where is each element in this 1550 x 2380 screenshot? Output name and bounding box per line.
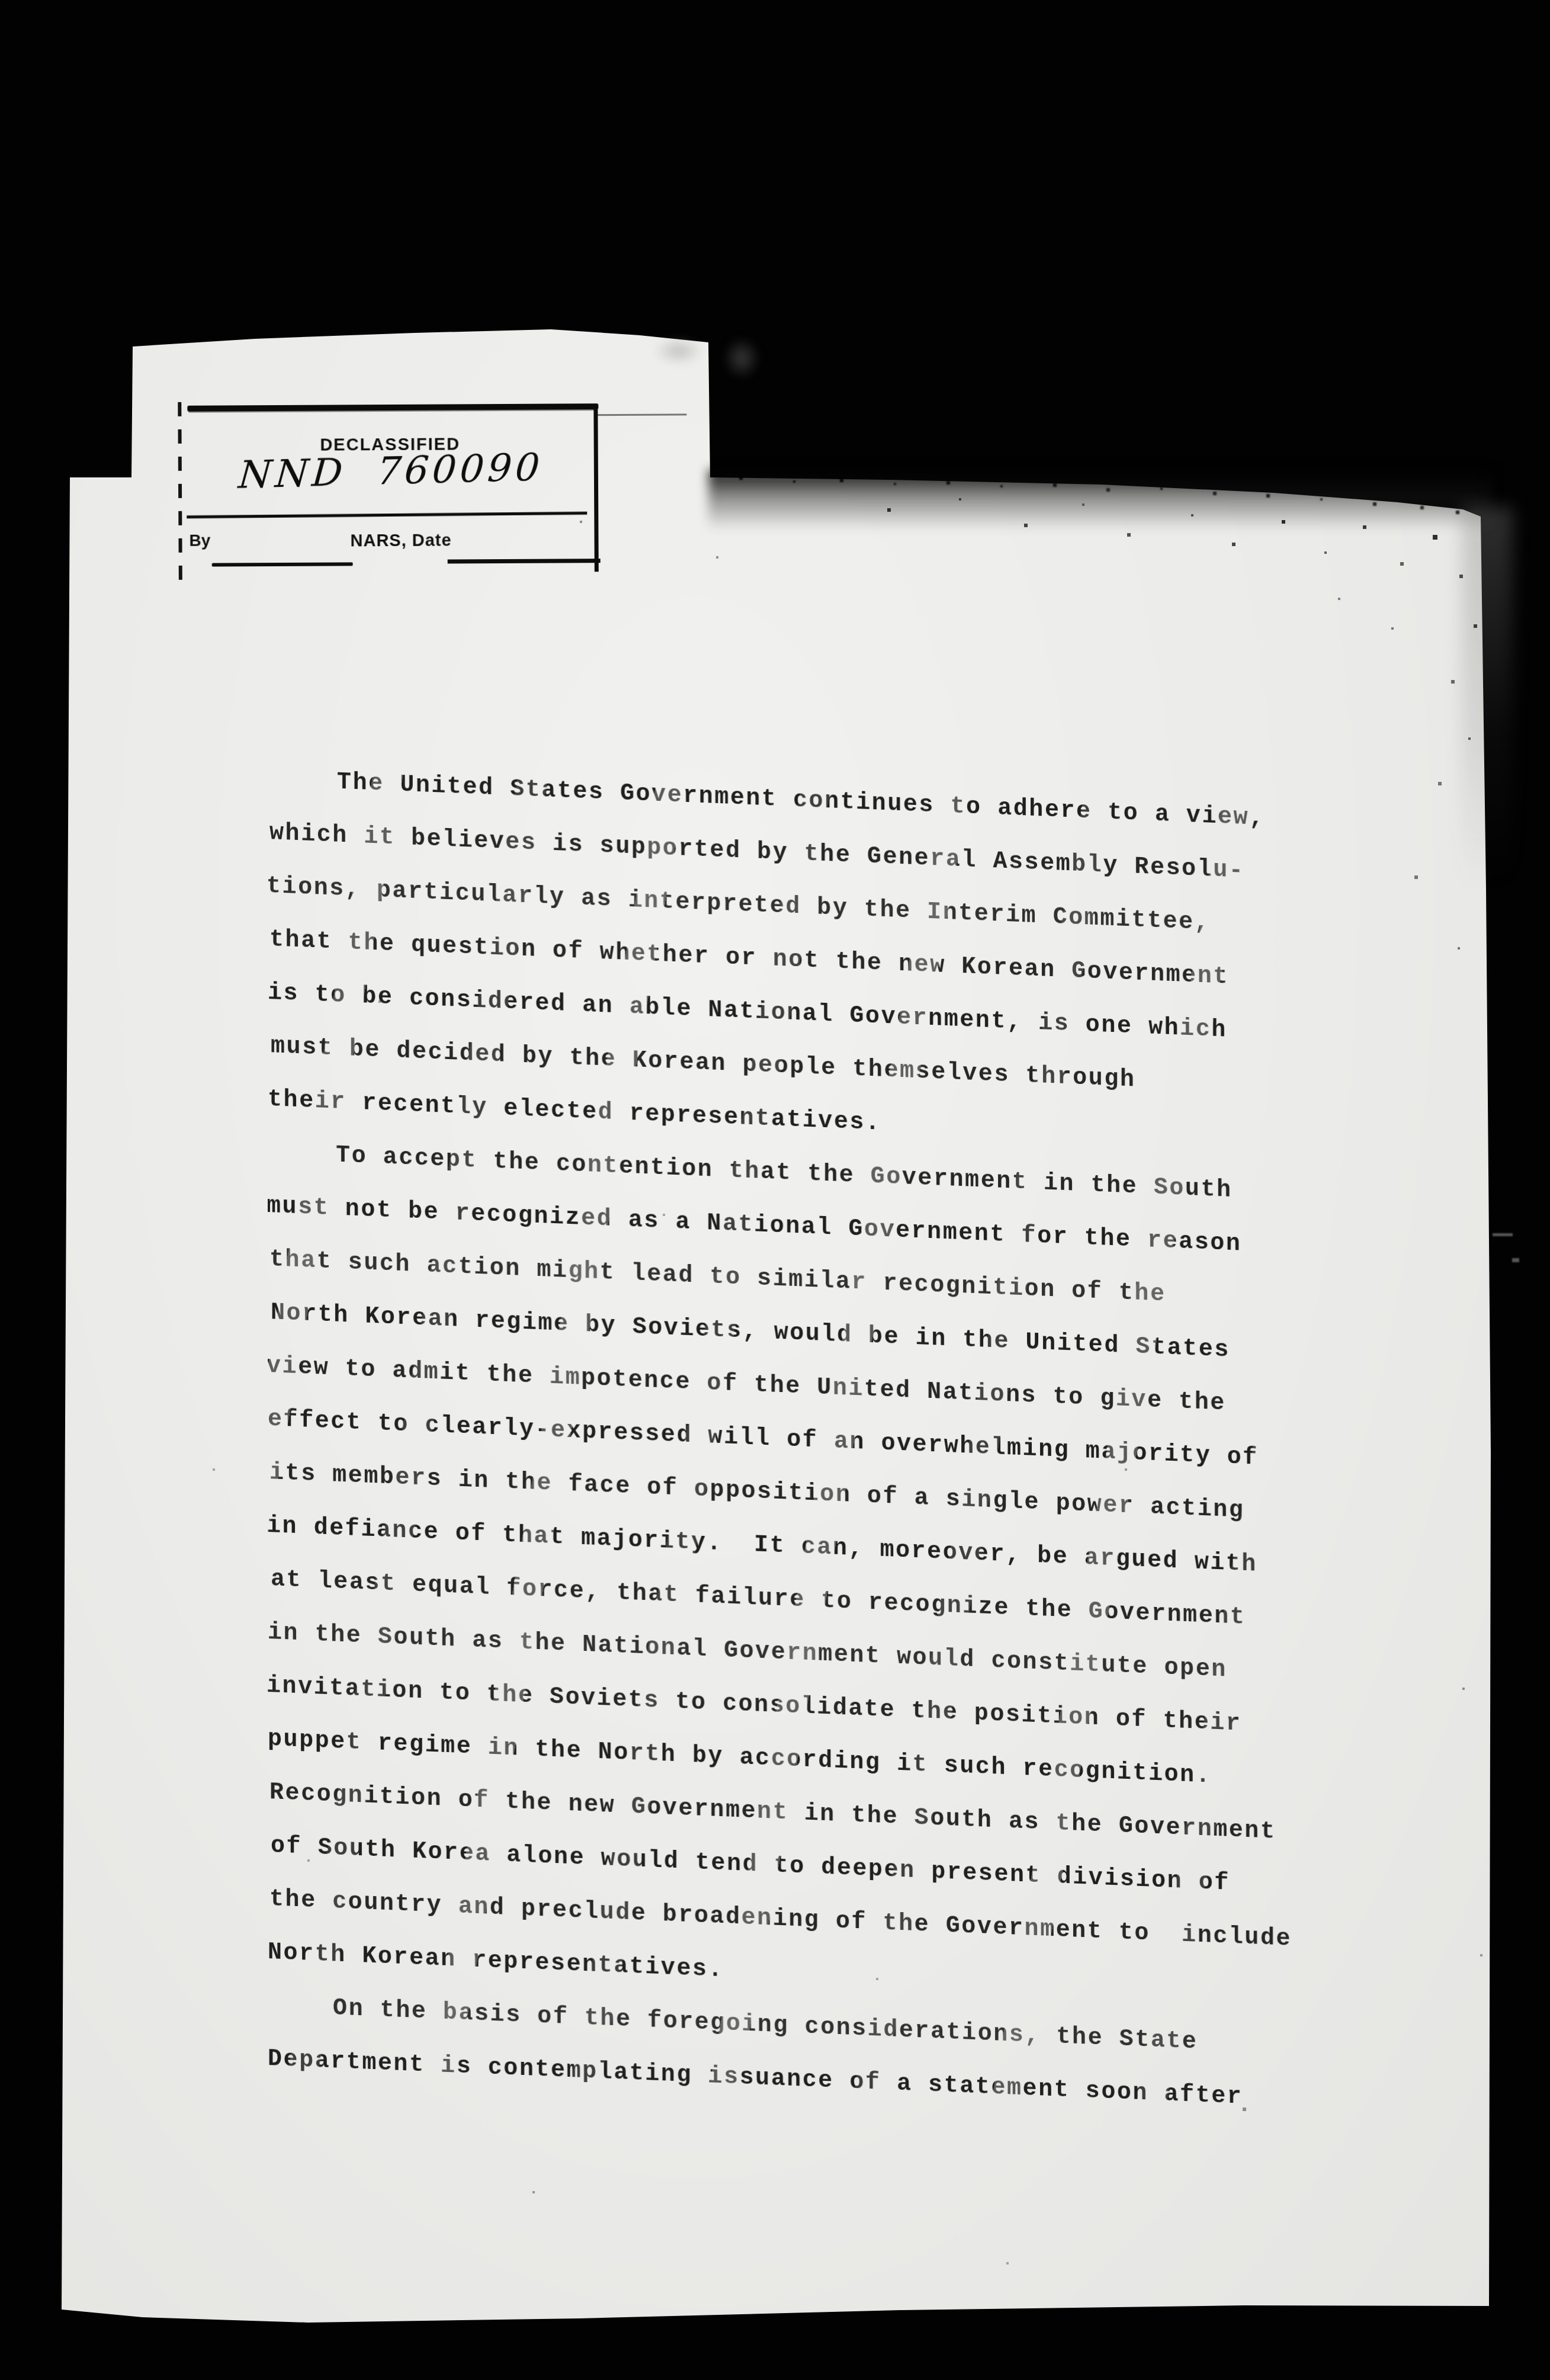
dust-speckles-edge — [0, 0, 1, 1]
scanned-document: DECLASSIFIED NND 760090 By NARS, Date Th… — [0, 0, 1550, 2380]
by-label: By — [189, 531, 210, 550]
scan-artifact-dash — [1512, 1258, 1519, 1262]
page-top-edge-fuzz — [708, 470, 1491, 530]
stamp-dashed-border — [178, 402, 182, 580]
nnd-number-handwriting: NND 760090 — [237, 445, 545, 498]
by-underline — [212, 562, 353, 566]
nars-date-underline — [448, 559, 601, 563]
stamp-right-border — [593, 405, 598, 572]
typed-text-block: The United States Government continues t… — [268, 753, 1334, 2128]
stamp-middle-rule — [187, 512, 587, 518]
declassification-stamp: DECLASSIFIED NND 760090 By NARS, Date — [179, 387, 602, 586]
scan-artifact-dash — [1493, 1233, 1513, 1236]
nars-date-label: NARS, Date — [350, 531, 451, 551]
page-right-edge-haze — [1462, 507, 1513, 886]
stamp-top-border — [187, 403, 598, 412]
ink-smudge — [629, 317, 795, 392]
